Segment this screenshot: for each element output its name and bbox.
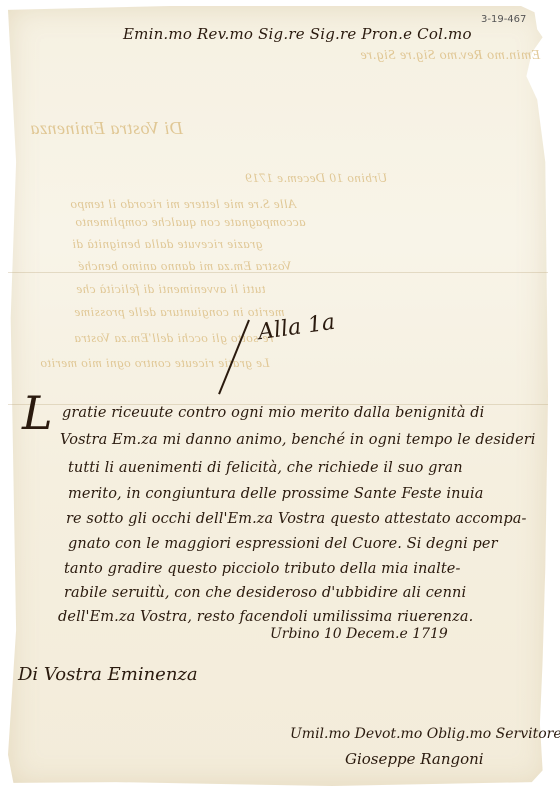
bleed-through-text: Urbino 10 Decem.e 1719 xyxy=(245,170,387,186)
bleed-through-text: merito in congiuntura delle prossime xyxy=(74,304,284,320)
body-line: dell'Em.za Vostra, resto facendoli umili… xyxy=(58,609,473,625)
bleed-through-text: Alle S.re mie lettere mi ricordo il temp… xyxy=(70,196,296,212)
body-line: tanto gradire questo picciolo tributo de… xyxy=(64,561,460,577)
body-line: gratie riceuute contro ogni mio merito d… xyxy=(62,405,484,421)
bleed-through-text: Di Vostra Eminenza xyxy=(30,118,183,139)
address-line: Emin.mo Rev.mo Sig.re Sig.re Pron.e Col.… xyxy=(123,25,472,43)
body-line: tutti li auenimenti di felicità, che ric… xyxy=(68,460,463,476)
closing-formula: Di Vostra Eminenza xyxy=(18,664,198,685)
bleed-through-text: tutti li avvenimenti di felicità che xyxy=(76,281,265,297)
bleed-through-text: Emin.mo Rev.mo Sig.re Sig.re xyxy=(360,48,540,64)
decorated-initial: L xyxy=(22,386,53,440)
bleed-through-text: grazie ricevute dalla benignità di xyxy=(72,236,262,252)
signature-title: Umil.mo Devot.mo Oblig.mo Servitore xyxy=(290,726,560,742)
place-date: Urbino 10 Decem.e 1719 xyxy=(270,626,448,642)
signature-name: Gioseppe Rangoni xyxy=(345,750,484,768)
body-line: Vostra Em.za mi danno animo, benché in o… xyxy=(60,432,536,448)
body-line: re sotto gli occhi dell'Em.za Vostra que… xyxy=(66,511,526,527)
archive-reference-number: 3-19-467 xyxy=(481,14,526,25)
body-line: rabile seruitù, con che desideroso d'ubb… xyxy=(64,585,466,601)
bleed-through-text: accompagnate con qualche complimento xyxy=(75,214,306,230)
body-line: gnato con le maggiori espressioni del Cu… xyxy=(68,536,498,552)
body-line: merito, in congiuntura delle prossime Sa… xyxy=(68,486,483,502)
bleed-through-text: Vostra Em.za mi danno animo benché xyxy=(78,258,291,274)
bleed-through-text: Le gratie riceute contro ogni mio merito xyxy=(40,355,270,371)
